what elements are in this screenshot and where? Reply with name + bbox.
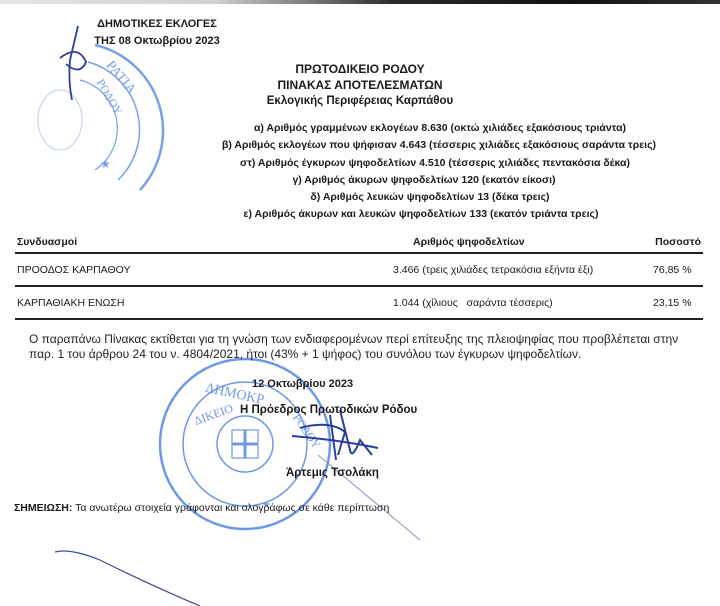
legal-notice-paragraph: Ο παραπάνω Πίνακας εκτίθεται για τη γνώσ… [29,332,709,362]
percentage: 76,85 % [653,260,692,280]
header-ballots: Αριθμός ψηφοδελτίων [413,232,525,252]
court-name: ΠΡΩΤΟΔΙΚΕΙΟ ΡΟΔΟΥ [0,61,720,77]
stat-voted: β) Αριθμός εκλογέων που ψήφισαν 4.643 (τ… [0,137,720,154]
document-title: ΠΡΩΤΟΔΙΚΕΙΟ ΡΟΔΟΥ ΠΙΝΑΚΑΣ ΑΠΟΤΕΛΕΣΜΑΤΩΝ … [0,61,720,109]
stat-registered-voters: α) Αριθμός γραμμένων εκλογέων 8.630 (οκτ… [0,120,720,137]
stat-invalid-ballots: γ) Αριθμός άκυρων ψηφοδελτίων 120 (εκατό… [0,172,720,189]
paragraph-line-1: Ο παραπάνω Πίνακας εκτίθεται για τη γνώσ… [29,332,709,347]
paragraph-line-2: παρ. 1 του άρθρου 24 του ν. 4804/2021, ή… [29,347,709,362]
stat-blank-ballots: δ) Αριθμός λευκών ψηφοδελτίων 13 (δέκα τ… [0,189,720,206]
ballot-count: 1.044 (χίλιους σαράντα τέσσερις) [393,293,553,313]
document-name: ΠΙΝΑΚΑΣ ΑΠΟΤΕΛΕΣΜΑΤΩΝ [0,77,720,93]
percentage: 23,15 % [653,293,692,313]
svg-text:ΡΟΔΟΥ: ΡΟΔΟΥ [290,411,324,451]
header-percentage: Ποσοστό [655,232,701,252]
table-header-row: Συνδυασμοί Αριθμός ψηφοδελτίων Ποσοστό [15,232,703,254]
note-text: Τα ανωτέρω στοιχεία γράφονται και ολογρά… [72,502,389,514]
ballot-count: 3.466 (τρεις χιλιάδες τετρακόσια εξήντα … [393,260,593,280]
district-name: Εκλογικής Περιφέρειας Καρπάθου [0,93,720,109]
signatory-name: Άρτεμις Τσολάκη [286,467,379,479]
header-coalitions: Συνδυασμοί [17,232,77,252]
coalition-name: ΠΡΟΟΔΟΣ ΚΑΡΠΑΘΟΥ [17,260,130,280]
results-table: Συνδυασμοί Αριθμός ψηφοδελτίων Ποσοστό Π… [15,232,703,320]
stats-list: α) Αριθμός γραμμένων εκλογέων 8.630 (οκτ… [0,120,720,224]
election-date: ΤΗΣ 08 Οκτωβρίου 2023 [72,33,242,50]
election-type: ΔΗΜΟΤΙΚΕΣ ΕΚΛΟΓΕΣ [72,16,242,33]
table-row: ΠΡΟΟΔΟΣ ΚΑΡΠΑΘΟΥ 3.466 (τρεις χιλιάδες τ… [15,254,703,287]
signature-date: 12 Οκτωβρίου 2023 [252,378,353,390]
scan-edge [0,0,720,4]
signatory-title: Η Πρόεδρος Πρωτοδικών Ρόδου [240,404,417,416]
svg-text:ΔΙΚΕΙΟ: ΔΙΚΕΙΟ [192,401,235,428]
coalition-name: ΚΑΡΠΑΘΙΑΚΗ ΕΝΩΣΗ [17,293,124,313]
election-header: ΔΗΜΟΤΙΚΕΣ ΕΚΛΟΓΕΣ ΤΗΣ 08 Οκτωβρίου 2023 [72,16,242,50]
stat-valid-ballots: στ) Αριθμός έγκυρων ψηφοδελτίων 4.510 (τ… [0,155,720,172]
bottom-signature-icon [292,410,378,460]
table-row: ΚΑΡΠΑΘΙΑΚΗ ΕΝΩΣΗ 1.044 (χίλιους σαράντα … [15,287,703,320]
note-label: ΣΗΜΕΙΩΣΗ: [14,502,72,514]
footnote: ΣΗΜΕΙΩΣΗ: Τα ανωτέρω στοιχεία γράφονται … [14,502,389,514]
stat-invalid-and-blank: ε) Αριθμός άκυρων και λευκών ψηφοδελτίων… [0,206,720,223]
